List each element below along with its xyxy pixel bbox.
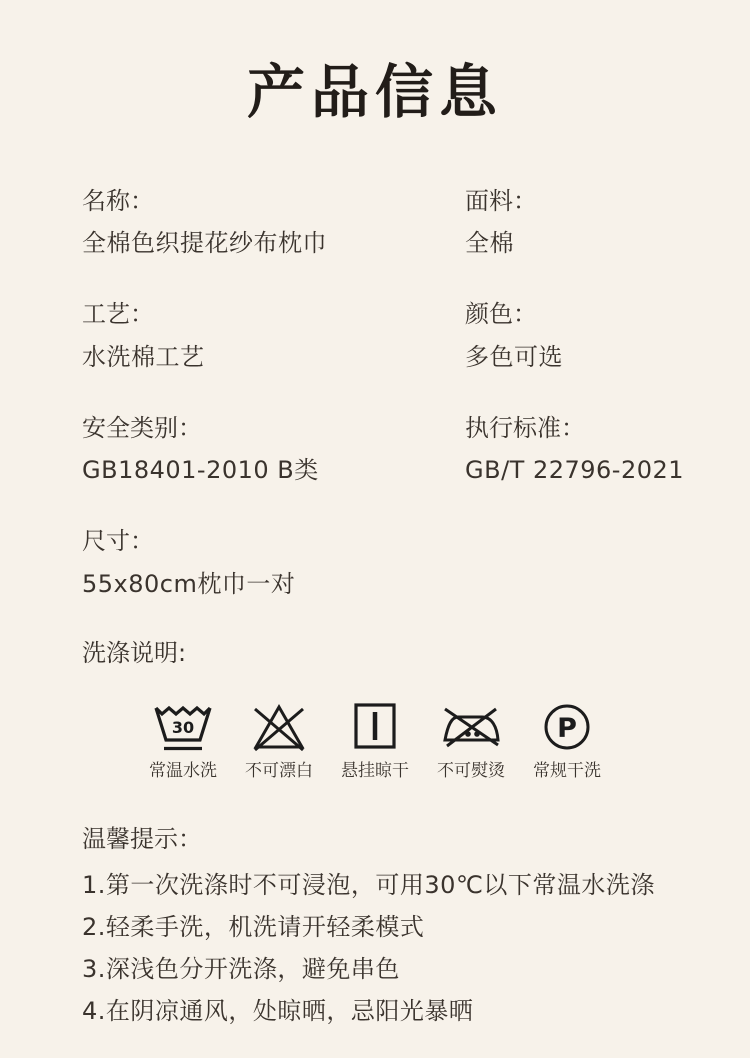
care-item-iron: 不可熨烫 [426, 700, 516, 781]
spec-label: 颜色： [465, 300, 750, 329]
washing-heading: 洗涤说明: [82, 639, 750, 668]
care-label: 不可漂白 [245, 761, 313, 781]
tips-heading: 温馨提示： [82, 825, 750, 854]
spec-value: 55x80cm枕巾一对 [82, 570, 465, 599]
product-info-page: 产品信息 名称： 全棉色织提花纱布枕巾 面料： 全棉 工艺： 水洗棉工艺 颜色：… [0, 0, 750, 1058]
care-label: 悬挂晾干 [341, 761, 409, 781]
spec-value: 全棉色织提花纱布枕巾 [82, 229, 465, 258]
hang-dry-icon [351, 700, 399, 752]
spec-label: 尺寸： [82, 527, 465, 556]
spec-item-safety-class: 安全类别： GB18401-2010 B类 [82, 414, 465, 486]
no-iron-icon [439, 700, 503, 752]
care-item-dryclean: P 常规干洗 [522, 700, 612, 781]
spec-value: 水洗棉工艺 [82, 343, 465, 372]
spec-label: 执行标准： [465, 414, 750, 443]
spec-value: GB/T 22796-2021 [465, 456, 750, 485]
washing-instructions-section: 洗涤说明: 30 常温水洗 [82, 639, 750, 781]
care-label: 不可熨烫 [437, 761, 505, 781]
tip-item: 4.在阴凉通风，处晾晒，忌阳光暴晒 [82, 990, 750, 1032]
tip-item: 3.深浅色分开洗涤，避免串色 [82, 948, 750, 990]
spec-item-size: 尺寸： 55x80cm枕巾一对 [82, 527, 465, 599]
tip-item: 1.第一次洗涤时不可浸泡，可用30℃以下常温水洗涤 [82, 864, 750, 906]
spec-label: 安全类别： [82, 414, 465, 443]
care-item-bleach: 不可漂白 [234, 700, 324, 781]
spec-item-name: 名称： 全棉色织提花纱布枕巾 [82, 187, 465, 259]
spec-grid: 名称： 全棉色织提花纱布枕巾 面料： 全棉 工艺： 水洗棉工艺 颜色： 多色可选… [82, 187, 750, 599]
dry-clean-icon: P [542, 700, 592, 752]
spec-item-standard: 执行标准： GB/T 22796-2021 [465, 414, 750, 486]
spec-label: 工艺： [82, 300, 465, 329]
no-bleach-icon [250, 700, 308, 752]
spec-value: 多色可选 [465, 343, 750, 372]
tips-section: 温馨提示： 1.第一次洗涤时不可浸泡，可用30℃以下常温水洗涤 2.轻柔手洗，机… [82, 825, 750, 1032]
care-label: 常规干洗 [533, 761, 601, 781]
care-icons-row: 30 常温水洗 不可漂白 [0, 700, 750, 781]
care-item-dry: 悬挂晾干 [330, 700, 420, 781]
svg-text:P: P [557, 713, 577, 744]
spec-item-fabric: 面料： 全棉 [465, 187, 750, 259]
spec-item-craft: 工艺： 水洗棉工艺 [82, 300, 465, 372]
svg-text:30: 30 [172, 718, 194, 737]
tip-item: 2.轻柔手洗，机洗请开轻柔模式 [82, 906, 750, 948]
tips-list: 1.第一次洗涤时不可浸泡，可用30℃以下常温水洗涤 2.轻柔手洗，机洗请开轻柔模… [82, 864, 750, 1032]
spec-label: 名称： [82, 187, 465, 216]
spec-item-color: 颜色： 多色可选 [465, 300, 750, 372]
page-title: 产品信息 [0, 0, 750, 129]
care-label: 常温水洗 [149, 761, 217, 781]
care-item-wash: 30 常温水洗 [138, 700, 228, 781]
spec-value: GB18401-2010 B类 [82, 456, 465, 485]
wash-30-icon: 30 [150, 700, 216, 752]
spec-label: 面料： [465, 187, 750, 216]
spec-value: 全棉 [465, 229, 750, 258]
